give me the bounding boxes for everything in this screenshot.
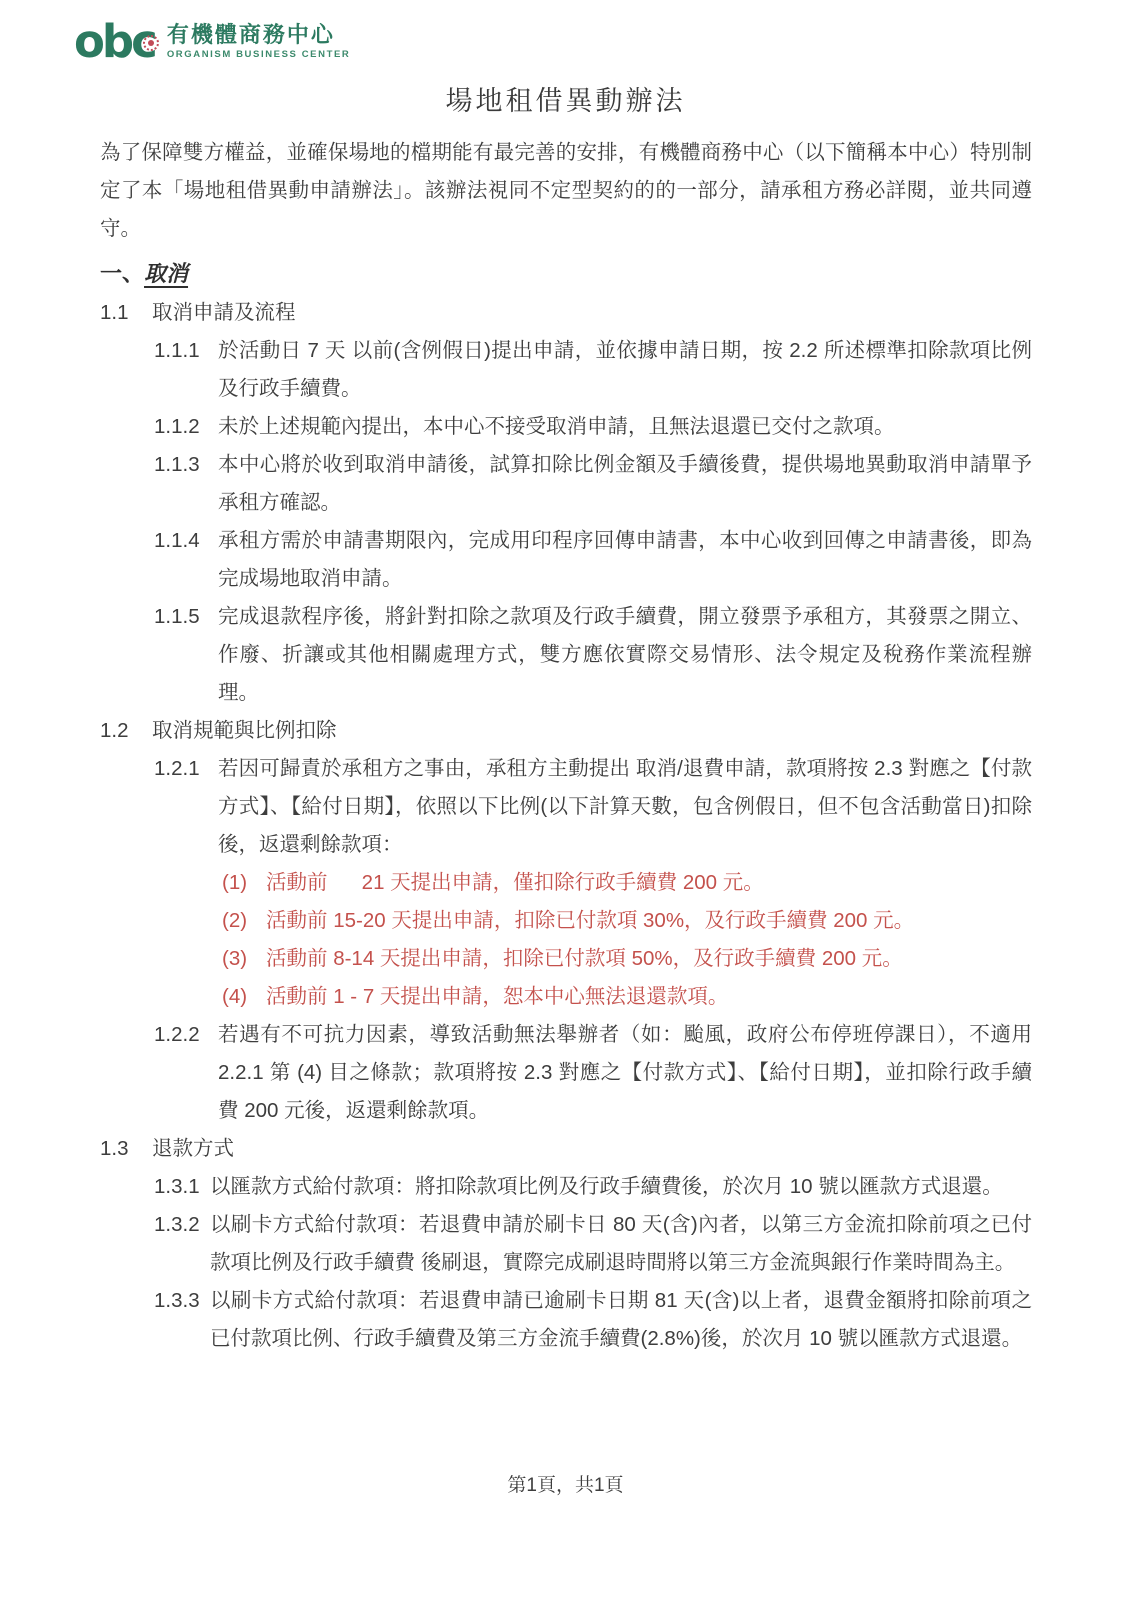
refund-rule-4: (4) 活動前 1 - 7 天提出申請，恕本中心無法退還款項。 (100, 978, 1032, 1016)
section-title: 取消 (144, 261, 188, 286)
clause-number: 1.1.3 (154, 446, 218, 484)
clause-1-3-1: 1.3.1 以匯款方式給付款項：將扣除款項比例及行政手續費後，於次月 10 號以… (100, 1168, 1032, 1206)
logo-cell-dot-icon (143, 35, 159, 51)
clause-number: 1.2.2 (154, 1016, 218, 1054)
rule-number: (2) (222, 902, 266, 940)
refund-rule-3: (3) 活動前 8-14 天提出申請，扣除已付款項 50%，及行政手續費 200… (100, 940, 1032, 978)
rule-text: 活動前 1 - 7 天提出申請，恕本中心無法退還款項。 (266, 978, 1032, 1016)
clause-number: 1.3 (100, 1130, 152, 1168)
clause-text: 承租方需於申請書期限內，完成用印程序回傳申請書，本中心收到回傳之申請書後，即為完… (218, 522, 1032, 598)
clause-number: 1.1.2 (154, 408, 218, 446)
clause-text: 若遇有不可抗力因素，導致活動無法舉辦者（如：颱風，政府公布停班停課日），不適用 … (218, 1016, 1032, 1130)
clause-text: 取消申請及流程 (152, 294, 1032, 332)
page-footer: 第1頁，共1頁 (0, 1470, 1131, 1497)
clause-1-2: 1.2 取消規範與比例扣除 (100, 712, 1032, 750)
clause-text: 於活動日 7 天 以前(含例假日)提出申請，並依據申請日期，按 2.2 所述標準… (218, 332, 1032, 408)
clause-number: 1.3.1 (154, 1168, 210, 1206)
clause-1-1: 1.1 取消申請及流程 (100, 294, 1032, 332)
clause-1-3: 1.3 退款方式 (100, 1130, 1032, 1168)
rule-text: 活動前 15-20 天提出申請，扣除已付款項 30%，及行政手續費 200 元。 (266, 902, 1032, 940)
clause-text: 未於上述規範內提出，本中心不接受取消申請，且無法退還已交付之款項。 (218, 408, 1032, 446)
clause-1-3-2: 1.3.2 以刷卡方式給付款項：若退費申請於刷卡日 80 天(含)內者，以第三方… (100, 1206, 1032, 1282)
clause-number: 1.2 (100, 712, 152, 750)
clause-1-1-4: 1.1.4 承租方需於申請書期限內，完成用印程序回傳申請書，本中心收到回傳之申請… (100, 522, 1032, 598)
clause-text: 退款方式 (152, 1130, 1032, 1168)
clause-1-1-1: 1.1.1 於活動日 7 天 以前(含例假日)提出申請，並依據申請日期，按 2.… (100, 332, 1032, 408)
intro-paragraph: 為了保障雙方權益，並確保場地的檔期能有最完善的安排，有機體商務中心（以下簡稱本中… (100, 134, 1032, 248)
clause-text: 取消規範與比例扣除 (152, 712, 1032, 750)
obc-logo: obc 有機體商務中心 ORGANISM BUSINESS CENTER (74, 16, 350, 68)
clause-number: 1.1.4 (154, 522, 218, 560)
clause-1-2-2: 1.2.2 若遇有不可抗力因素，導致活動無法舉辦者（如：颱風，政府公布停班停課日… (100, 1016, 1032, 1130)
document-page: obc 有機體商務中心 ORGANISM BUSINESS CENTER 場地租… (0, 0, 1131, 1600)
rule-number: (1) (222, 864, 266, 902)
refund-rule-2: (2) 活動前 15-20 天提出申請，扣除已付款項 30%，及行政手續費 20… (100, 902, 1032, 940)
clause-1-3-3: 1.3.3 以刷卡方式給付款項：若退費申請已逾刷卡日期 81 天(含)以上者，退… (100, 1282, 1032, 1358)
clause-text: 以刷卡方式給付款項：若退費申請於刷卡日 80 天(含)內者，以第三方金流扣除前項… (210, 1206, 1032, 1282)
clause-number: 1.3.2 (154, 1206, 210, 1244)
clause-number: 1.1 (100, 294, 152, 332)
logo-wordmark: obc (74, 16, 155, 68)
clause-text: 以刷卡方式給付款項：若退費申請已逾刷卡日期 81 天(含)以上者，退費金額將扣除… (210, 1282, 1032, 1358)
clause-number: 1.1.1 (154, 332, 218, 370)
rule-number: (4) (222, 978, 266, 1016)
clause-1-1-5: 1.1.5 完成退款程序後，將針對扣除之款項及行政手續費，開立發票予承租方，其發… (100, 598, 1032, 712)
section-heading: 一、取消 (100, 254, 1032, 294)
clause-text: 以匯款方式給付款項：將扣除款項比例及行政手續費後，於次月 10 號以匯款方式退還… (210, 1168, 1032, 1206)
clause-text: 若因可歸責於承租方之事由，承租方主動提出 取消/退費申請，款項將按 2.3 對應… (218, 750, 1032, 864)
rule-text: 活動前 8-14 天提出申請，扣除已付款項 50%，及行政手續費 200 元。 (266, 940, 1032, 978)
refund-rule-1: (1) 活動前 21 天提出申請，僅扣除行政手續費 200 元。 (100, 864, 1032, 902)
clause-1-2-1: 1.2.1 若因可歸責於承租方之事由，承租方主動提出 取消/退費申請，款項將按 … (100, 750, 1032, 864)
rule-number: (3) (222, 940, 266, 978)
clause-text: 完成退款程序後，將針對扣除之款項及行政手續費，開立發票予承租方，其發票之開立、作… (218, 598, 1032, 712)
clause-text: 本中心將於收到取消申請後，試算扣除比例金額及手續後費，提供場地異動取消申請單予承… (218, 446, 1032, 522)
document-body: 為了保障雙方權益，並確保場地的檔期能有最完善的安排，有機體商務中心（以下簡稱本中… (100, 134, 1032, 1358)
logo-names: 有機體商務中心 ORGANISM BUSINESS CENTER (167, 16, 351, 62)
clause-number: 1.2.1 (154, 750, 218, 788)
clause-number: 1.3.3 (154, 1282, 210, 1320)
document-title: 場地租借異動辦法 (0, 84, 1131, 118)
logo-name-en: ORGANISM BUSINESS CENTER (167, 48, 351, 62)
rule-text: 活動前 21 天提出申請，僅扣除行政手續費 200 元。 (266, 864, 1032, 902)
logo-name-zh: 有機體商務中心 (167, 22, 351, 48)
clause-1-1-3: 1.1.3 本中心將於收到取消申請後，試算扣除比例金額及手續後費，提供場地異動取… (100, 446, 1032, 522)
clause-number: 1.1.5 (154, 598, 218, 636)
clause-1-1-2: 1.1.2 未於上述規範內提出，本中心不接受取消申請，且無法退還已交付之款項。 (100, 408, 1032, 446)
section-number: 一、 (100, 261, 144, 286)
